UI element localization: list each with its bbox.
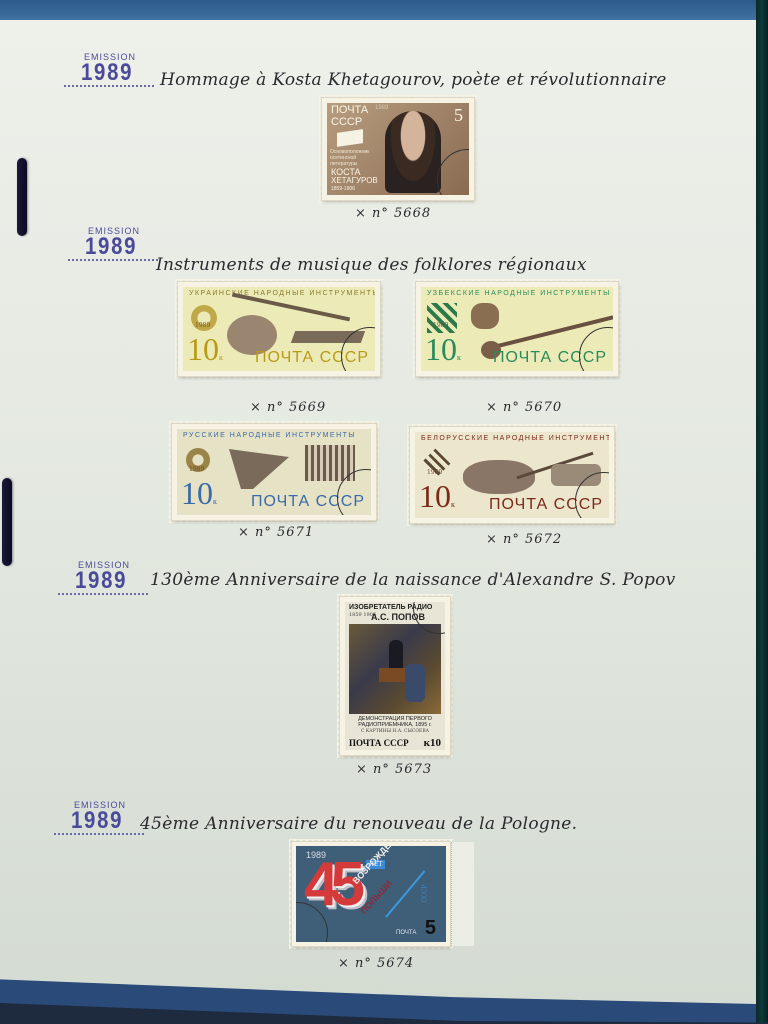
stamp-year: 1989 xyxy=(375,105,388,111)
stamp-value: 5 xyxy=(425,917,436,940)
stamp-year: 1989 xyxy=(189,466,204,473)
section-title: Hommage à Kosta Khetagourov, poète et ré… xyxy=(160,70,667,90)
stamp-5674: 1989 45 ЛЕТ ВОЗРОЖДЕНИЯ ПОЛЬШИ СССР ПОЧТ… xyxy=(292,842,450,946)
painting xyxy=(349,624,441,714)
stamp-5669: УКРАИНСКИЕ НАРОДНЫЕ ИНСТРУМЕНТЫ 1989 10к… xyxy=(178,282,380,376)
album-page: EMISSION 1989 Hommage à Kosta Khetagouro… xyxy=(0,20,756,1004)
stamp-year: 1989 xyxy=(195,322,210,329)
stamp-header: РУССКИЕ НАРОДНЫЕ ИНСТРУМЕНТЫ xyxy=(183,432,367,439)
stamp-header: УКРАИНСКИЕ НАРОДНЫЕ ИНСТРУМЕНТЫ xyxy=(189,290,371,297)
catalog-number: × n° 5670 xyxy=(486,400,562,415)
emission-stamp: EMISSION 1989 xyxy=(54,800,144,835)
stamp-subcaption: С КАРТИНЫ Н.А. СЫСОЕВА xyxy=(349,729,441,734)
catalog-number: × n° 5672 xyxy=(486,532,562,547)
stamp-value: 10к xyxy=(181,477,217,509)
value-unit: к xyxy=(219,353,223,362)
section-title: 130ème Anniversaire de la naissance d'Al… xyxy=(150,570,676,590)
stamp-value: 10к xyxy=(425,333,461,365)
emission-year: 1989 xyxy=(58,570,135,592)
stamp-value: к10 xyxy=(424,737,441,749)
value-unit: к xyxy=(457,353,461,362)
postal-label: ПОЧТА СССР xyxy=(349,738,409,748)
value-number: 10 xyxy=(425,331,457,367)
value-number: 10 xyxy=(187,331,219,367)
emission-year: 1989 xyxy=(68,236,145,258)
stamp-text: ХЕТАГУРОВ xyxy=(331,176,378,185)
value-unit: к xyxy=(451,500,455,509)
stamp-value: 10к xyxy=(187,333,223,365)
emission-stamp: EMISSION 1989 xyxy=(58,560,148,595)
value-unit: к xyxy=(213,497,217,506)
value-number: 10 xyxy=(181,475,213,511)
value-number: 10 xyxy=(419,478,451,514)
postal-label: ПОЧТА xyxy=(396,930,416,936)
stamp-value: 5 xyxy=(454,105,463,126)
emission-stamp: EMISSION 1989 xyxy=(64,52,154,87)
stamp-header: БЕЛОРУССКИЕ НАРОДНЫЕ ИНСТРУМЕНТЫ xyxy=(421,435,605,442)
stamp-text: Основоположник осетинской литературы xyxy=(330,149,380,167)
postmark xyxy=(437,149,469,195)
binder-hole xyxy=(17,158,27,236)
portrait xyxy=(385,111,441,193)
stamp-5668: ПОЧТА СССР 1989 Основоположник осетинско… xyxy=(322,98,474,200)
stamp-header: УЗБЕКСКИЕ НАРОДНЫЕ ИНСТРУМЕНТЫ xyxy=(427,290,609,297)
catalog-number: × n° 5669 xyxy=(250,400,326,415)
catalog-number: × n° 5671 xyxy=(238,525,314,540)
stamp-5673: ИЗОБРЕТАТЕЛЬ РАДИО 1859 1906 А.С. ПОПОВ … xyxy=(340,597,450,755)
section-title: 45ème Anniversaire du renouveau de la Po… xyxy=(140,814,577,834)
stamp-caption: ДЕМОНСТРАЦИЯ ПЕРВОГО РАДИОПРИЕМНИКА, 189… xyxy=(349,716,441,728)
stamp-5671: РУССКИЕ НАРОДНЫЕ ИНСТРУМЕНТЫ 1989 10к ПО… xyxy=(172,424,376,520)
stamp-5672: БЕЛОРУССКИЕ НАРОДНЫЕ ИНСТРУМЕНТЫ 1989 10… xyxy=(410,427,614,523)
stamp-value: 10к xyxy=(419,480,455,512)
catalog-number: × n° 5668 xyxy=(355,206,431,221)
catalog-number: × n° 5673 xyxy=(356,762,432,777)
emission-year: 1989 xyxy=(64,62,141,84)
binder-hole xyxy=(2,478,12,566)
stamp-5670: УЗБЕКСКИЕ НАРОДНЫЕ ИНСТРУМЕНТЫ 1989 10к … xyxy=(416,282,618,376)
stamp-text: СССР xyxy=(331,116,362,128)
stamp-year: 1989 xyxy=(433,322,448,329)
catalog-number: × n° 5674 xyxy=(338,956,414,971)
backdrop-right xyxy=(756,0,768,1024)
section-title: Instruments de musique des folklores rég… xyxy=(156,255,587,275)
emission-year: 1989 xyxy=(54,810,131,832)
sheet-margin xyxy=(451,842,474,946)
stamp-text: 1859-1906 xyxy=(331,186,355,192)
country-label: СССР xyxy=(422,885,429,903)
stamp-text: ПОЧТА xyxy=(331,105,368,116)
book-icon xyxy=(337,129,363,147)
emission-stamp: EMISSION 1989 xyxy=(68,226,158,261)
divider-line xyxy=(385,870,425,917)
stamp-year: 1989 xyxy=(427,469,442,476)
